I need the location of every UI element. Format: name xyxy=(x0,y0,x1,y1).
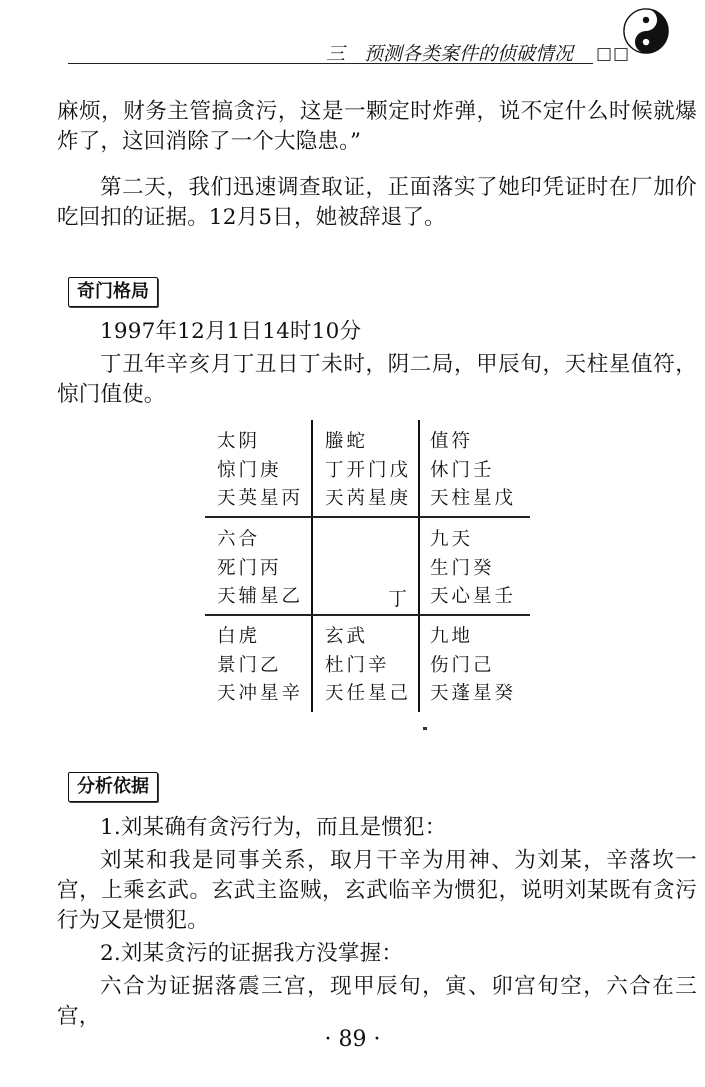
star: 天心星壬 xyxy=(430,583,516,612)
palace-8: 白虎 景门乙 天冲星辛 xyxy=(217,623,303,709)
deity: 九地 xyxy=(430,623,516,652)
grid-hline-2 xyxy=(205,614,530,616)
chart-datetime: 1997年12月1日14时10分 xyxy=(57,317,697,347)
chart-ganzhi: 丁丑年辛亥月丁丑日丁未时，阴二局，甲辰旬，天柱星值符，惊门值使。 xyxy=(57,350,697,410)
palace-7: 九天 生门癸 天心星壬 xyxy=(430,526,516,612)
star: 天柱星戊 xyxy=(430,485,516,514)
grid-vline-1 xyxy=(311,420,313,712)
deity: 玄武 xyxy=(325,623,411,652)
deity: 值符 xyxy=(430,428,516,457)
door: 杜门辛 xyxy=(325,652,411,681)
door: 丁开门戊 xyxy=(325,457,411,486)
star: 天英星丙 xyxy=(217,485,303,514)
door: 惊门庚 xyxy=(217,457,303,486)
palace-1: 玄武 杜门辛 天任星己 xyxy=(325,623,411,709)
chapter-title: 三 预测各类案件的侦破情况 xyxy=(326,39,573,66)
nine-palace-grid: 太阴 惊门庚 天英星丙 螣蛇 丁开门戊 天芮星庚 值符 休门壬 天柱星戊 六合 … xyxy=(205,418,525,713)
star: 天芮星庚 xyxy=(325,485,411,514)
analysis-point-2: 2.刘某贪污的证据我方没掌握： xyxy=(57,939,697,969)
palace-9: 螣蛇 丁开门戊 天芮星庚 xyxy=(325,428,411,514)
deity: 白虎 xyxy=(217,623,303,652)
grid-hline-1 xyxy=(205,516,530,518)
star: 天辅星乙 xyxy=(217,583,303,612)
door: 死门丙 xyxy=(217,555,303,584)
grid-vline-2 xyxy=(418,420,420,712)
deity: 太阴 xyxy=(217,428,303,457)
palace-6: 九地 伤门己 天蓬星癸 xyxy=(430,623,516,709)
scan-artifact-mark xyxy=(423,727,427,730)
palace-2: 值符 休门壬 天柱星戊 xyxy=(430,428,516,514)
analysis-point-1-body: 刘某和我是同事关系，取月干辛为用神、为刘某，辛落坎一宫，上乘玄武。玄武主盗贼，玄… xyxy=(57,846,697,936)
door: 景门乙 xyxy=(217,652,303,681)
deity: 六合 xyxy=(217,526,303,555)
deity: 九天 xyxy=(430,526,516,555)
palace-3: 六合 死门丙 天辅星乙 xyxy=(217,526,303,612)
running-header: 三 预测各类案件的侦破情况 □□ xyxy=(68,30,698,90)
star: 天蓬星癸 xyxy=(430,680,516,709)
door: 休门壬 xyxy=(430,457,516,486)
yin-yang-icon xyxy=(623,8,669,54)
palace-4: 太阴 惊门庚 天英星丙 xyxy=(217,428,303,514)
analysis-point-1: 1.刘某确有贪污行为，而且是惯犯： xyxy=(57,813,697,843)
star: 天冲星辛 xyxy=(217,680,303,709)
deity: 螣蛇 xyxy=(325,428,411,457)
section-heading-qimen-layout: 奇门格局 xyxy=(68,277,158,307)
door: 伤门己 xyxy=(430,652,516,681)
star: 天任星己 xyxy=(325,680,411,709)
door: 生门癸 xyxy=(430,555,516,584)
center-palace-stem: 丁 xyxy=(388,584,407,611)
analysis-point-2-body: 六合为证据落震三宫，现甲辰旬，寅、卯宫旬空，六合在三宫， xyxy=(57,972,697,1032)
paragraph-dismissal: 第二天，我们迅速调查取证，正面落实了她印凭证时在厂加价吃回扣的证据。12月5日，… xyxy=(57,173,697,233)
page-number: · 89 · xyxy=(0,1027,705,1052)
paragraph-continued: 麻烦，财务主管搞贪污，这是一颗定时炸弹，说不定什么时候就爆炸了，这回消除了一个大… xyxy=(57,97,697,157)
section-heading-analysis-basis: 分析依据 xyxy=(68,772,158,802)
